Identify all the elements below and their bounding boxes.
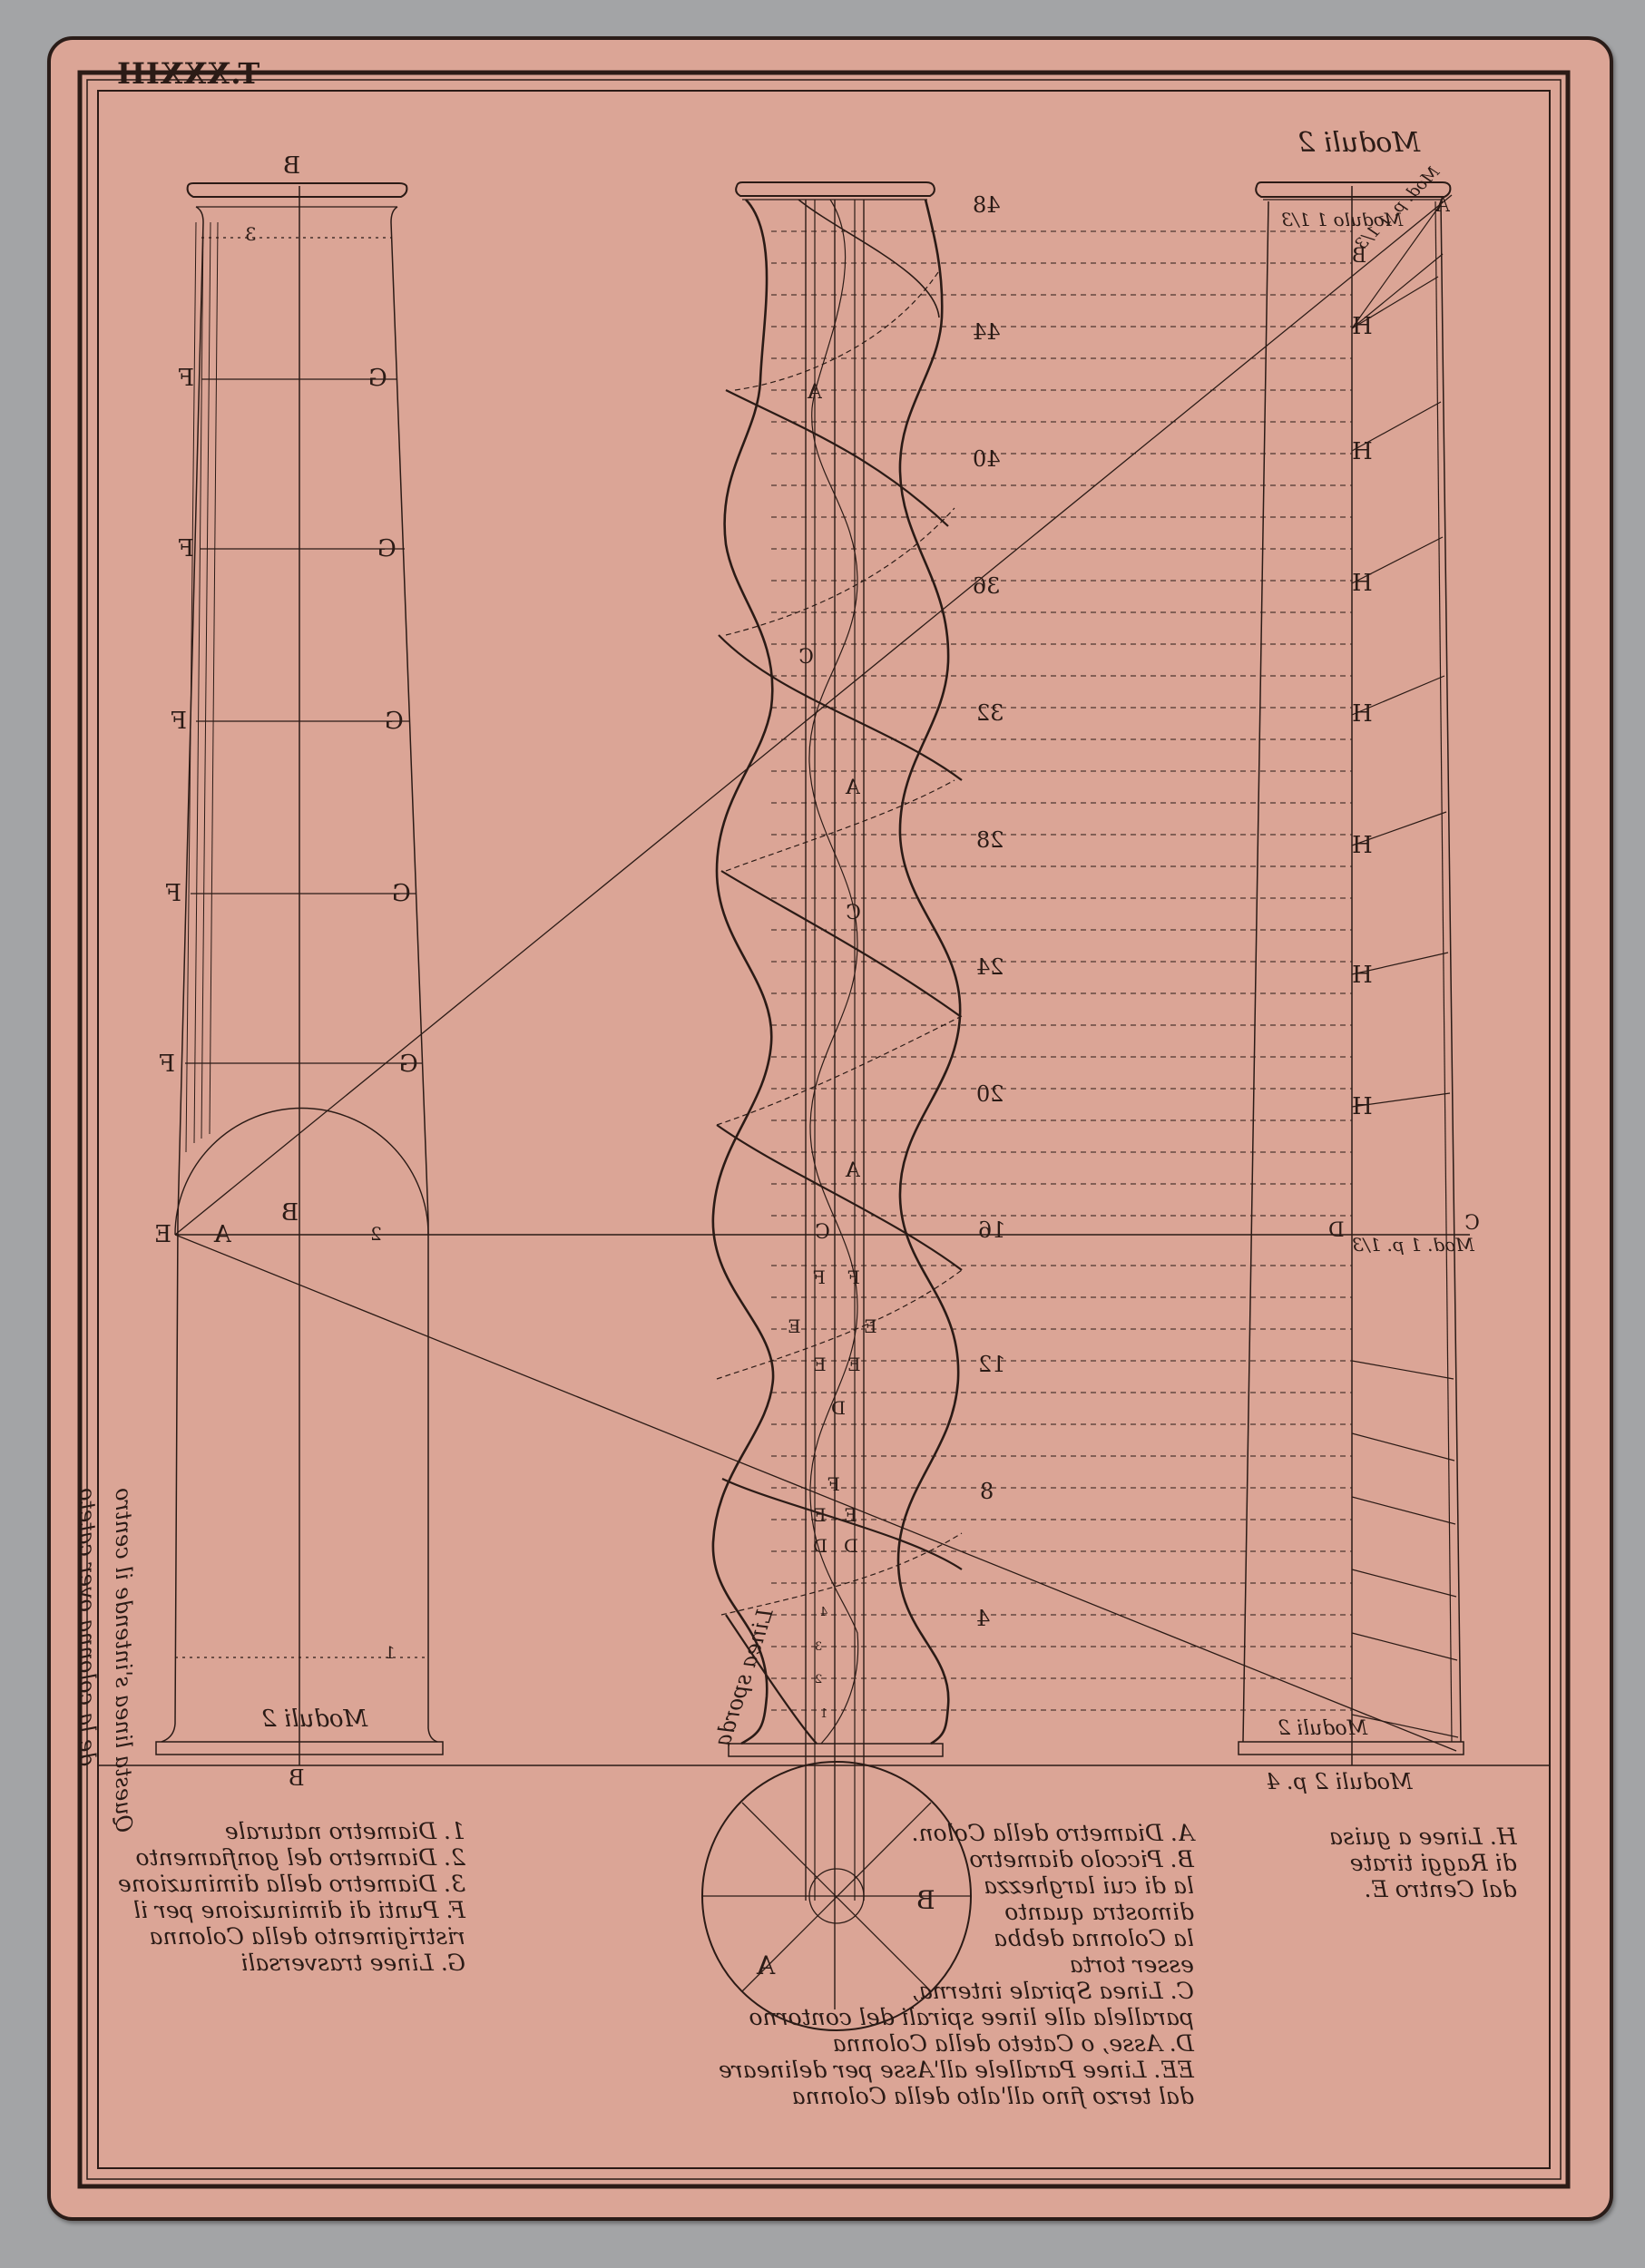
- legend-item: B. Piccolo diametro: [719, 1846, 1194, 1872]
- right-bottom-module-label: Moduli 2: [1278, 1717, 1367, 1740]
- g-label: G: [392, 880, 411, 907]
- spiral-letter: E: [788, 1315, 801, 1337]
- legend-item: 3. Diametro della diminuzione: [118, 1871, 465, 1897]
- h-label: H: [1352, 832, 1373, 859]
- legend-item: H. Linee a guisa: [1329, 1823, 1517, 1850]
- small-number: 2: [815, 1673, 822, 1686]
- legend-right: H. Linee a guisa di Raggi tirate dal Cen…: [1329, 1823, 1517, 1902]
- height-number: 40: [973, 446, 1001, 472]
- legend-left: 1. Diametro naturale 2. Diametro del gon…: [118, 1818, 465, 1976]
- f-label: F: [171, 708, 187, 735]
- legend-item: 1. Diametro naturale: [118, 1818, 465, 1844]
- height-number: 28: [976, 827, 1004, 853]
- g-label: G: [377, 535, 397, 562]
- spiral-letter: A: [846, 777, 860, 799]
- left-module-label: Moduli 2: [261, 1706, 367, 1733]
- legend-item: dal terzo fino all'alto della Colonna: [719, 2083, 1194, 2109]
- point-a-label: A: [214, 1221, 231, 1248]
- right-c-label: C: [1464, 1212, 1480, 1235]
- right-b-label: B: [1352, 245, 1366, 268]
- f-label: F: [159, 1051, 175, 1078]
- point-b-label: B: [281, 1199, 299, 1227]
- mid-module-label: Mod. 1 p. 1/3: [1352, 1234, 1474, 1256]
- h-label: H: [1352, 700, 1373, 728]
- center-solomonic-column: [702, 182, 971, 2030]
- left-straight-column: [156, 183, 1470, 1765]
- height-number: 44: [973, 319, 1001, 345]
- height-number: 16: [978, 1217, 1006, 1243]
- right-a-label: A: [1435, 194, 1450, 217]
- h-label: H: [1352, 1093, 1373, 1120]
- spiral-letter: D: [813, 1535, 827, 1557]
- height-number: 48: [973, 192, 1001, 218]
- height-number: 4: [976, 1606, 990, 1631]
- height-number: 32: [976, 700, 1004, 726]
- legend-center: A. Diametro della Colon. B. Piccolo diam…: [719, 1820, 1194, 2109]
- spiral-letter: E: [847, 1354, 861, 1375]
- legend-item: C. Linea Spirale interna,: [719, 1978, 1194, 2004]
- right-straight-column: [1239, 182, 1464, 1765]
- spiral-letter: A: [846, 1159, 860, 1182]
- center-e-label: E: [154, 1221, 171, 1248]
- height-number: 12: [978, 1352, 1006, 1377]
- spiral-letter: F: [813, 1266, 826, 1288]
- spiral-letter: F: [847, 1266, 860, 1288]
- left-diameter-mark-1: 1: [385, 1644, 395, 1663]
- f-label: F: [178, 365, 194, 392]
- legend-item: la di cui larghezza: [719, 1872, 1194, 1899]
- g-label: G: [399, 1051, 418, 1078]
- spiral-letter: C: [798, 646, 814, 669]
- spiral-letter: E: [844, 1504, 857, 1526]
- legend-item: F. Punti di diminuzione per il: [118, 1897, 465, 1923]
- left-column-top-label: B: [283, 152, 300, 180]
- g-label: G: [368, 365, 387, 392]
- small-number: 4: [820, 1606, 827, 1619]
- spiral-letter: E: [813, 1504, 827, 1526]
- h-label: H: [1352, 313, 1373, 340]
- left-diameter-mark-3: 3: [245, 223, 257, 245]
- legend-item: G. Linee trasversali: [118, 1950, 465, 1976]
- f-label: F: [178, 535, 194, 562]
- right-d-label: D: [1328, 1219, 1345, 1242]
- vertical-note-column-axis: de la colonna over cateto: [74, 1488, 100, 1960]
- legend-item: dal Centro E.: [1329, 1876, 1517, 1902]
- legend-item: di Raggi tirate: [1329, 1850, 1517, 1876]
- legend-item: ristrigimento della Colonna: [118, 1923, 465, 1950]
- h-label: H: [1352, 438, 1373, 465]
- mark-2-label: 2: [370, 1223, 382, 1245]
- spiral-letter: E: [864, 1315, 877, 1337]
- height-number: 8: [980, 1479, 994, 1504]
- right-top-module-label: Moduli 2: [1297, 127, 1420, 159]
- legend-item: D. Asse, o Cateto della Colonna: [719, 2030, 1194, 2057]
- spiral-letter: D: [844, 1535, 858, 1557]
- spiral-letter: A: [808, 381, 822, 404]
- g-label: G: [385, 708, 404, 735]
- small-number: 3: [815, 1640, 822, 1654]
- under-module-label: Moduli 2 p. 4: [1266, 1769, 1413, 1794]
- small-number: 1: [820, 1707, 827, 1721]
- f-label: F: [165, 880, 181, 907]
- legend-item: 2. Diametro del gonfiamento: [118, 1844, 465, 1871]
- legend-item: dimostra quanto: [719, 1899, 1194, 1925]
- h-label: H: [1352, 962, 1373, 989]
- spiral-letter: C: [815, 1221, 830, 1244]
- h-label: H: [1352, 570, 1373, 597]
- spiral-letter: E: [813, 1354, 827, 1375]
- height-number: 20: [976, 1081, 1004, 1107]
- spiral-letter: F: [827, 1473, 840, 1495]
- height-number: 36: [973, 573, 1001, 599]
- height-number: 24: [976, 954, 1004, 980]
- legend-item: EE. Linee Parallele all'Asse per delinea…: [719, 2057, 1194, 2083]
- spiral-letter: C: [846, 902, 861, 924]
- legend-item: parallela alle linee spirali del contorn…: [719, 2004, 1194, 2030]
- legend-item: esser torta: [719, 1951, 1194, 1978]
- left-column-bottom-label: B: [289, 1765, 305, 1791]
- legend-item: la Colonna debba: [719, 1925, 1194, 1951]
- spiral-letter: D: [831, 1397, 846, 1419]
- legend-item: A. Diametro della Colon.: [719, 1820, 1194, 1846]
